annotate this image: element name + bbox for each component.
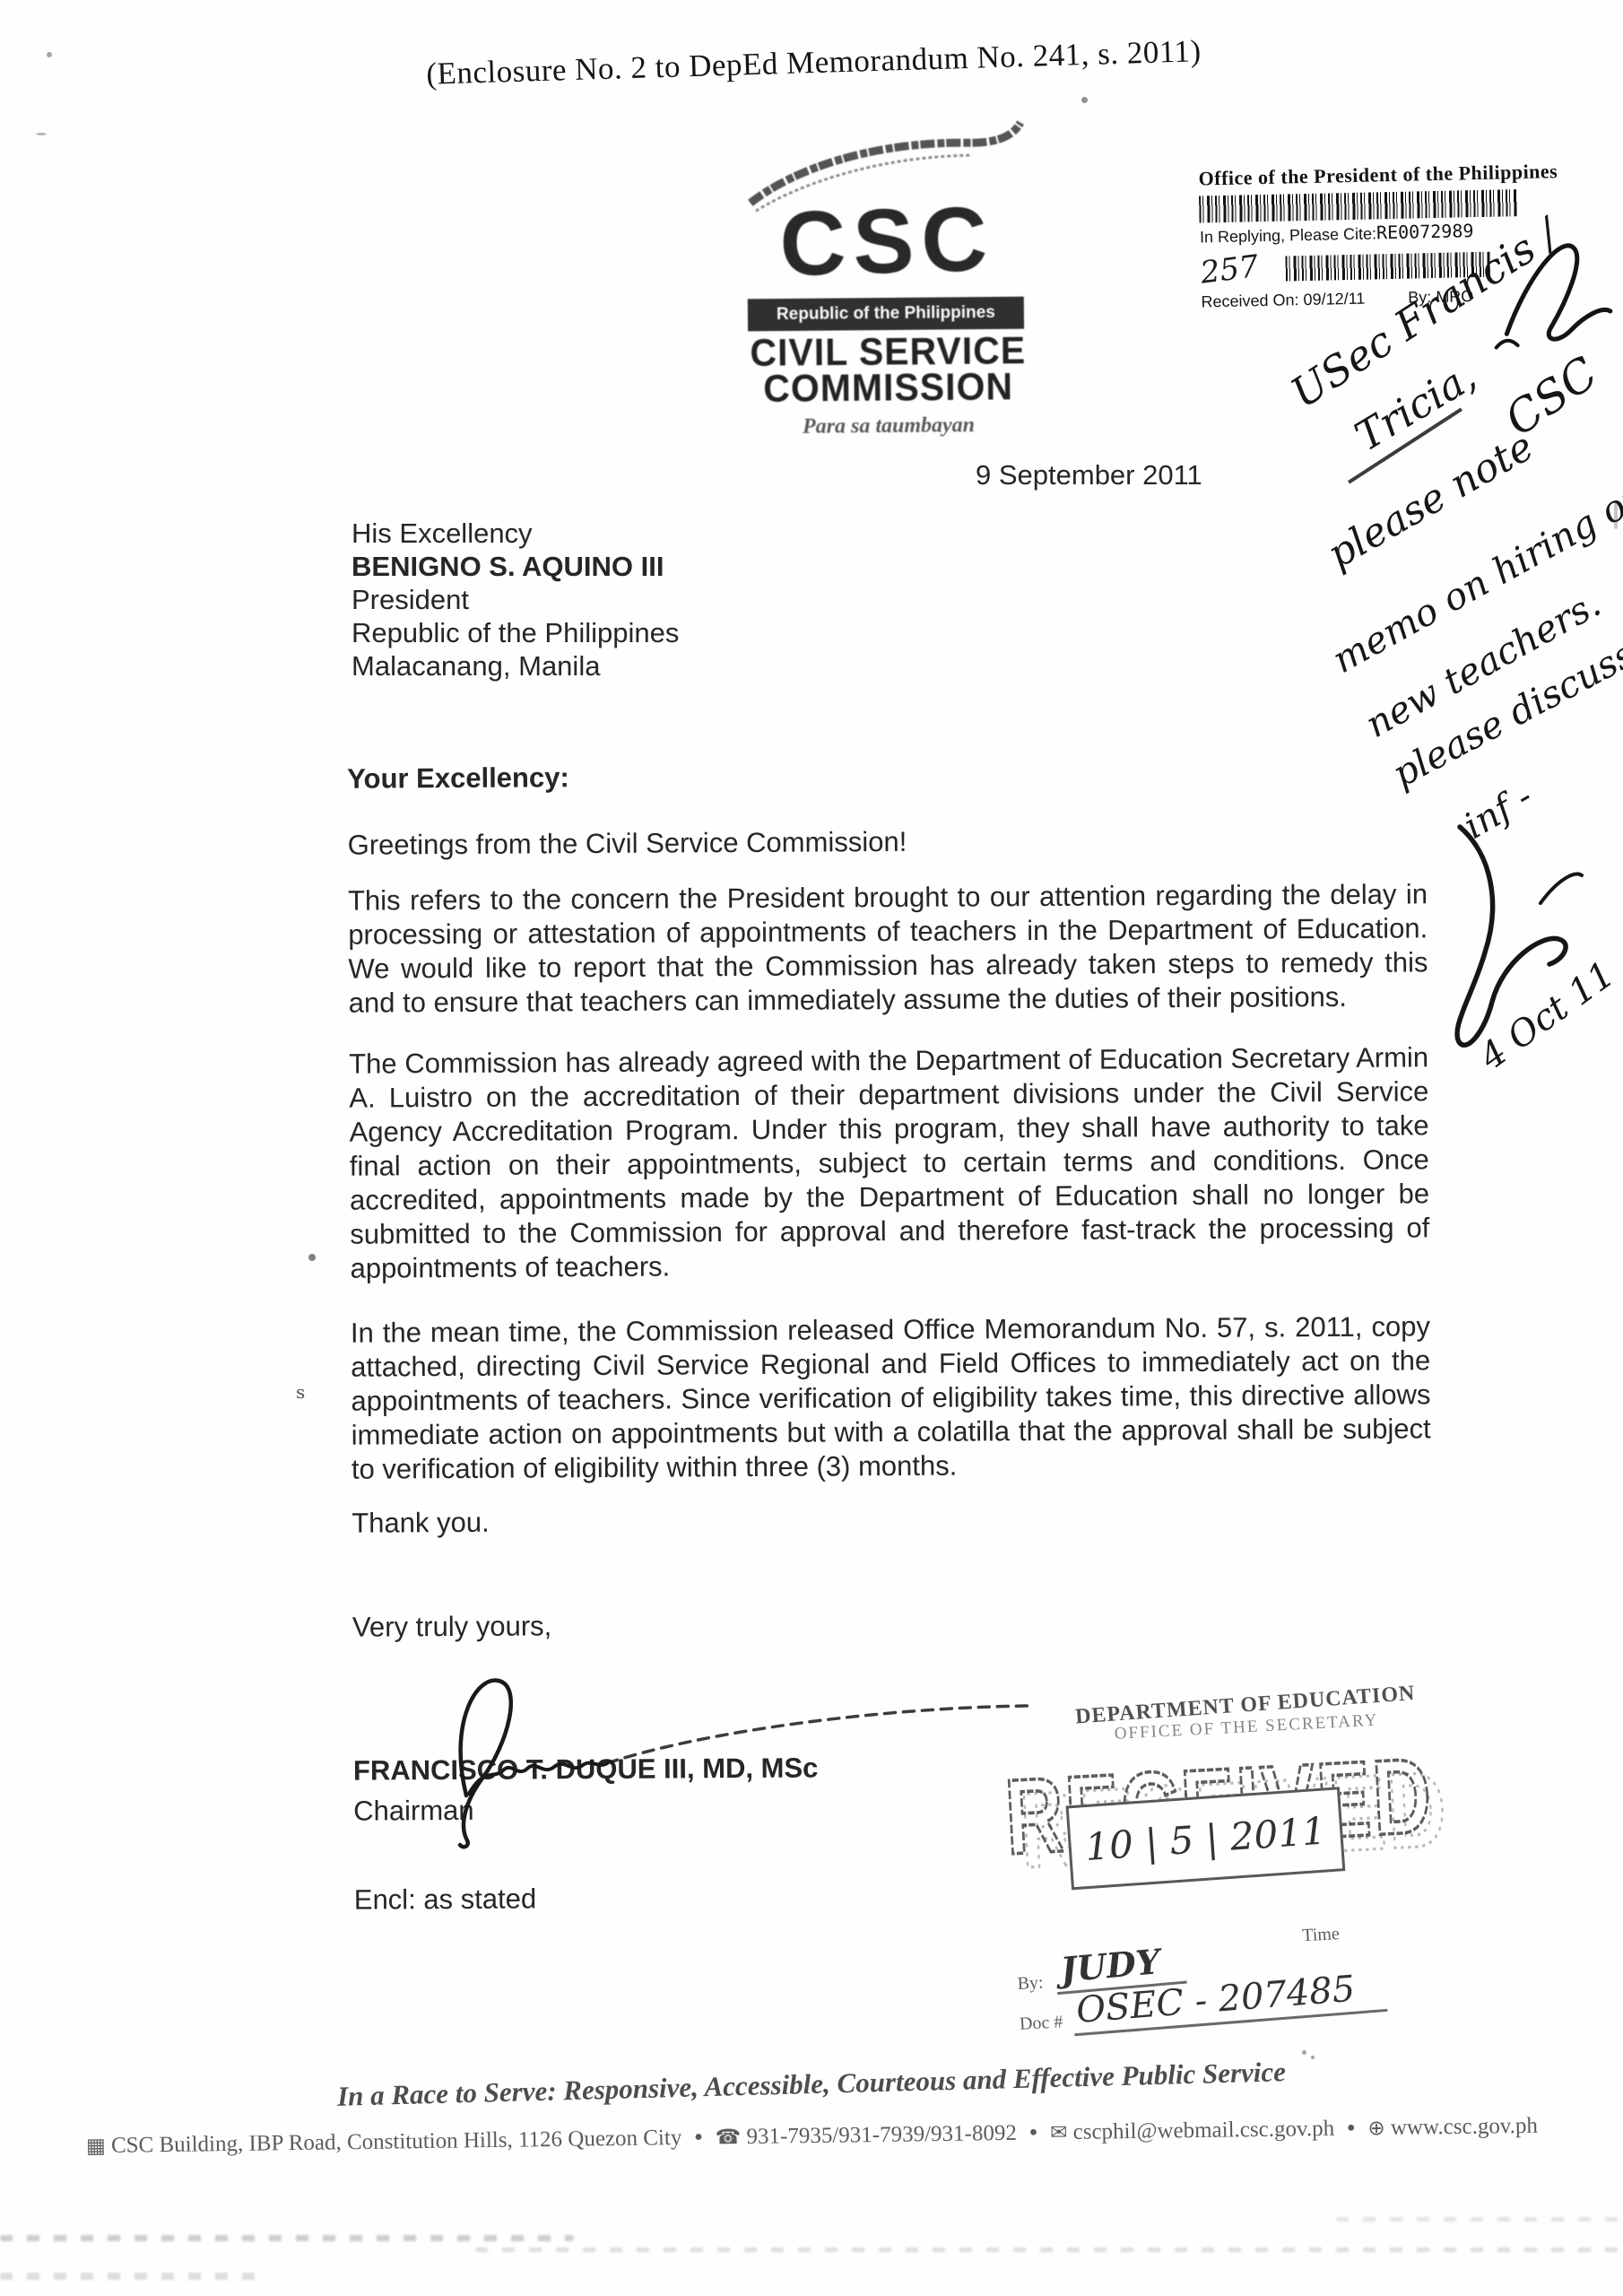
building-icon: ▦	[86, 2135, 106, 2157]
footer-address-line: ▦ CSC Building, IBP Road, Constitution H…	[16, 2113, 1608, 2161]
footer-address: CSC Building, IBP Road, Constitution Hil…	[111, 2126, 682, 2158]
addressee-line: Malacanang, Manila	[352, 649, 679, 683]
paragraph: This refers to the concern the President…	[348, 877, 1428, 1020]
footer-separator: •	[687, 2126, 709, 2150]
csc-acronym: CSC	[742, 192, 1032, 291]
handwritten-number: 257	[1199, 248, 1261, 291]
op-cite-label: In Replying, Please Cite:	[1200, 224, 1376, 246]
addressee-name: BENIGNO S. AQUINO III	[352, 550, 679, 583]
footer-separator: •	[1340, 2116, 1362, 2140]
addressee-line: Republic of the Philippines	[352, 616, 679, 649]
scan-streak	[1336, 2217, 1623, 2222]
scan-streak	[475, 2248, 1623, 2252]
paragraph: The Commission has already agreed with t…	[349, 1040, 1430, 1285]
mail-icon: ✉	[1050, 2121, 1068, 2144]
op-received-date: 09/12/11	[1303, 290, 1365, 309]
scan-speck	[47, 52, 52, 57]
deped-received-stamp: DEPARTMENT OF EDUCATION OFFICE OF THE SE…	[994, 1681, 1513, 2048]
thank-you: Thank you.	[352, 1500, 1431, 1540]
barcode-1	[1199, 189, 1518, 222]
addressee-block: His Excellency BENIGNO S. AQUINO III Pre…	[352, 517, 679, 683]
scan-speck	[36, 133, 47, 135]
letter-date: 9 September 2011	[976, 459, 1202, 491]
deped-time-label: Time	[1302, 1924, 1341, 1946]
greeting: Greetings from the Civil Service Commiss…	[348, 822, 1428, 862]
phone-icon: ☎	[715, 2126, 741, 2148]
footer-phone: 931-7935/931-7939/931-8092	[746, 2121, 1017, 2149]
logo-tagline: Para sa taumbayan	[745, 413, 1032, 440]
enclosure-header: (Enclosure No. 2 to DepEd Memorandum No.…	[291, 30, 1337, 97]
footer-separator: •	[1022, 2120, 1045, 2144]
footer-email: cscphil@webmail.csc.gov.ph	[1072, 2117, 1334, 2144]
scan-streak	[0, 2273, 269, 2280]
scanned-letter-page: (Enclosure No. 2 to DepEd Memorandum No.…	[0, 0, 1623, 2296]
deped-handwritten-date: 10 | 5 | 2011	[1084, 1808, 1328, 1869]
paragraph: In the mean time, the Commission release…	[351, 1309, 1431, 1486]
footer-tagline: In a Race to Serve: Responsive, Accessib…	[296, 2055, 1328, 2114]
globe-icon: ⊕	[1367, 2117, 1385, 2139]
csc-logo: CSC Republic of the Philippines CIVIL SE…	[742, 116, 1029, 118]
republic-banner: Republic of the Philippines	[748, 297, 1024, 332]
op-cite-code: RE0072989	[1376, 220, 1474, 243]
margin-dot	[308, 1254, 316, 1261]
scan-speck	[1614, 502, 1618, 529]
footer-website: www.csc.gov.ph	[1391, 2114, 1538, 2140]
addressee-line: President	[352, 583, 679, 616]
signature-scribble	[381, 1661, 1063, 1854]
addressee-line: His Excellency	[352, 517, 679, 550]
op-received-label: Received On:	[1201, 291, 1298, 310]
op-stamp-title: Office of the President of the Philippin…	[1198, 160, 1584, 191]
logo-name-line2: COMMISSION	[744, 368, 1031, 409]
scan-speck	[1311, 2056, 1315, 2059]
scan-streak	[0, 2235, 574, 2241]
scan-speck	[1302, 2050, 1306, 2055]
deped-doc-label: Doc #	[1019, 2012, 1063, 2034]
scan-speck	[1081, 97, 1088, 103]
margin-mark: s	[296, 1381, 305, 1403]
salutation: Your Excellency:	[347, 755, 1427, 796]
